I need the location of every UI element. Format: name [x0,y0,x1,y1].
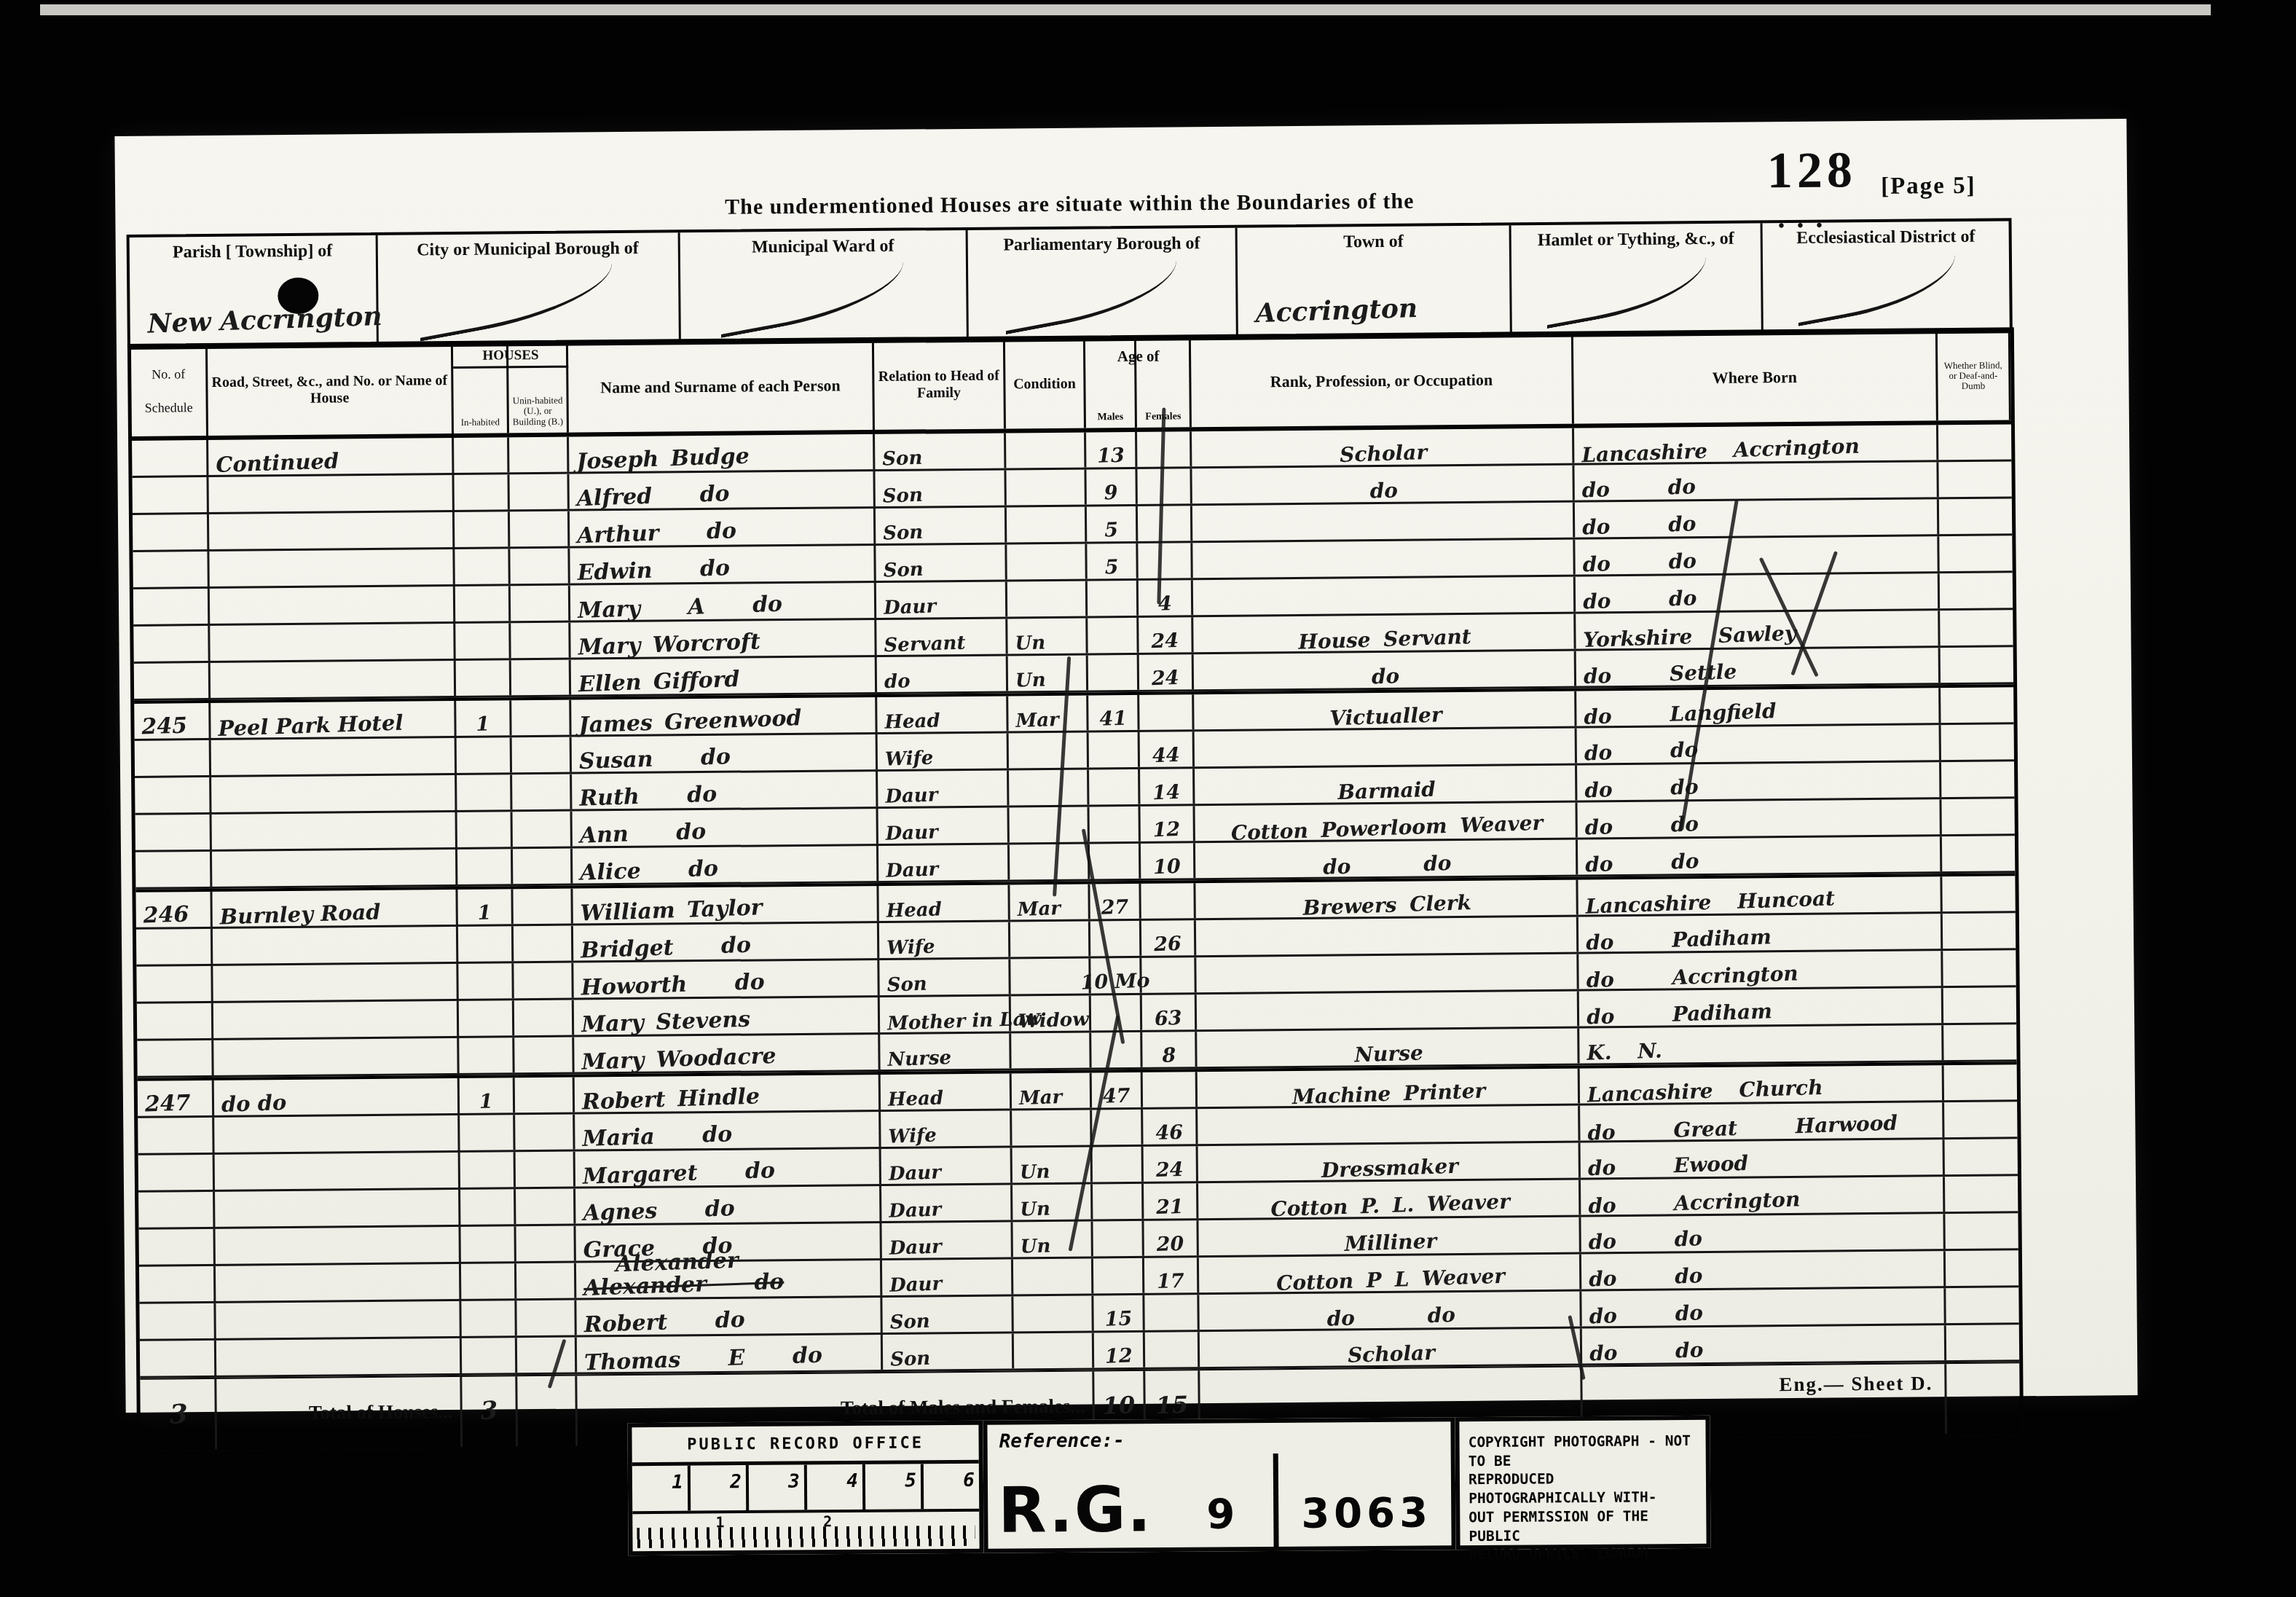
cell-uninhabited [516,1226,575,1262]
cell-relation: Head [877,696,1008,732]
cell-road [209,549,455,586]
column-header-row: No. of Schedule Road, Street, &c., and N… [131,331,2011,441]
cell-occupation: Cotton P. L. Weaver [1198,1180,1581,1219]
cell-inhabited [458,926,514,962]
cell-condition: Mar [1010,884,1090,919]
cell-name: Alice do [573,846,878,884]
cell-inhabited [455,623,511,659]
cell-relation: Son [883,1333,1014,1370]
cell-occupation: Scholar [1200,1329,1582,1368]
cell-occupation: do [1192,466,1574,504]
location-field-7: Ecclesiastical District of [1763,221,2010,332]
cell-relation: Daur [881,1185,1013,1221]
cell-inhabited [458,963,514,999]
cell-born: do Great Harwood [1580,1102,1944,1140]
cell-infirmity [1945,1176,2018,1212]
pro-reference-strip: PUBLIC RECORD OFFICE 123456 1 2 Referenc… [627,1416,1710,1555]
inch-ruler-segment: 1 [632,1466,691,1512]
cell-inhabited [457,737,512,773]
cell-occupation: do do [1195,840,1578,879]
cell-occupation [1196,917,1578,956]
cell-uninhabited [511,623,570,659]
census-sheet: The undermentioned Houses are situate wi… [114,119,2137,1413]
location-field-value: New Accrington [147,301,382,340]
name-correction-note: Alexander [615,1250,739,1276]
cell-uninhabited [514,1037,574,1073]
cell-born: Lancashire Huncoat [1578,876,1942,914]
cell-uninhabited [513,889,573,925]
cell-condition: Mar [1012,1072,1092,1108]
cell-infirmity [1945,1139,2018,1174]
cell-inhabited: 1 [457,889,513,925]
location-field-label: Parish [ Township] of [130,241,376,264]
cell-inhabited [454,474,509,510]
col-schedule: No. of Schedule [131,347,208,436]
cell-age_m [1088,581,1139,616]
cell-road [209,512,455,549]
cell-inhabited [460,1152,516,1188]
cell-schedule: 246 [135,892,212,927]
cell-uninhabited [515,1078,575,1113]
cell-name: Edwin do [570,546,876,584]
cell-age_m [1089,732,1140,768]
cell-infirmity [1946,1250,2018,1286]
cell-relation: Daur [878,807,1010,844]
cell-road [216,1338,462,1376]
cell-relation: Daur [881,1147,1013,1184]
cell-born: do do [1575,536,1939,574]
cell-name: Mary Stevens [574,997,880,1035]
cell-infirmity [1946,1287,2018,1323]
cell-condition: Un [1008,655,1088,691]
cell-age_f: 63 [1142,994,1197,1030]
cell-name: Arthur do [570,509,876,546]
cell-schedule [138,1118,214,1153]
cell-born: do Padiham [1579,988,1943,1026]
col-born: Where Born [1573,331,1938,423]
cell-age_m [1090,844,1141,879]
cell-uninhabited [516,1263,576,1299]
cell-schedule [137,1003,213,1039]
location-field-4: Parliamentary Borough of [968,228,1239,340]
cell-occupation: Victualler [1194,691,1576,730]
cell-schedule: 247 [138,1080,214,1116]
reference-series: R.G. [998,1473,1152,1547]
cell-age_m [1089,769,1140,805]
cell-infirmity [1941,724,2014,760]
reference-label: Reference:- [999,1429,1124,1452]
cell-infirmity [1943,913,2016,949]
location-field-label: City or Municipal Borough of [377,238,677,261]
cell-inhabited [456,660,511,696]
cell-infirmity [1942,836,2015,871]
cell-occupation: do [1194,651,1576,690]
cell-age_f [1139,694,1194,730]
cell-name: Ann do [573,809,878,847]
cell-inhabited [460,1115,515,1150]
cell-age_f [1138,543,1192,578]
cell-relation: Son [882,1296,1013,1333]
cell-inhabited [459,1000,514,1036]
location-field-label: Hamlet or Tything, &c., of [1511,229,1761,251]
cell-occupation: Dressmaker [1198,1143,1581,1182]
cell-name: James Greenwood [571,697,877,735]
cell-infirmity [1944,1064,2017,1100]
cell-age_f: 46 [1143,1109,1198,1145]
cell-age_f: 12 [1140,806,1195,841]
location-field-5: Town ofAccrington [1238,225,1512,337]
folio-number-stamp: 128 [1767,141,1857,200]
cell-road [213,964,458,1001]
cell-road [216,1227,461,1264]
cell-born: do Accrington [1578,951,1943,989]
col-houses-group: HOUSES [453,348,568,369]
cell-occupation: Milliner [1198,1217,1581,1256]
inch-ruler-number: 3 [788,1471,800,1493]
cell-schedule: 245 [134,703,211,739]
cell-infirmity [1944,1102,2017,1137]
cell-road [212,849,457,887]
cell-inhabited [457,774,512,810]
cell-schedule [135,815,212,850]
col-occupation: Rank, Profession, or Occupation [1191,335,1574,428]
cell-inhabited [461,1300,516,1336]
cell-inhabited [460,1226,516,1262]
cell-inhabited [460,1189,516,1225]
cell-relation: Servant [876,619,1007,655]
cell-occupation: Scholar [1192,428,1574,467]
totals-houses-value: 3 [462,1376,518,1447]
cell-road [215,1153,460,1190]
cell-age_f: 24 [1139,617,1193,653]
cell-age_m [1093,1147,1144,1182]
cell-relation: Daur [878,770,1009,807]
cell-name: Joseph Budge [569,434,875,472]
cell-relation: Son [876,544,1007,581]
cell-infirmity [1939,535,2012,571]
cell-infirmity [1938,461,2011,497]
cell-born: do Accrington [1581,1177,1945,1215]
cell-condition [1009,769,1089,805]
cell-born: K. N. [1579,1025,1943,1063]
cell-infirmity [1938,424,2011,460]
cell-road [212,812,457,849]
cell-uninhabited [511,660,571,696]
inch-ruler-segment: 6 [924,1464,979,1510]
cell-condition [1014,1333,1094,1368]
cell-born: do do [1582,1325,1946,1363]
cell-age_f: 26 [1141,920,1196,956]
cell-age_m [1090,921,1141,957]
cell-age_f [1137,468,1192,504]
page-label: [Page 5] [1881,173,1976,200]
cell-uninhabited [510,549,570,584]
cell-road [213,1038,459,1075]
cell-uninhabited [516,1189,575,1225]
cell-age_m: 10 Mo [1090,958,1141,994]
cell-schedule [139,1303,216,1339]
cell-schedule [135,777,211,813]
cell-age_f: 21 [1144,1183,1198,1219]
hole-punch-mark [278,278,318,314]
cell-age_m [1091,1032,1142,1068]
cell-age_f [1145,1332,1200,1368]
inch-ruler-segment: 4 [807,1464,865,1510]
cell-condition: Un [1013,1221,1093,1257]
cell-schedule [140,1341,216,1376]
cell-relation: Wife [878,733,1009,769]
cell-born: do Padiham [1578,914,1943,951]
cell-road [216,1301,461,1338]
cell-road [210,586,455,624]
copyright-line: OUT PERMISSION OF THE PUBLIC [1469,1507,1697,1546]
cell-name: Robert Hindle [575,1075,881,1113]
cell-infirmity [1945,1213,2018,1249]
cell-road: Peel Park Hotel [211,701,456,738]
location-field-label: Ecclesiastical District of [1763,227,2009,249]
cell-condition [1011,1032,1091,1068]
cell-infirmity [1941,761,2014,797]
cell-age_f: 20 [1144,1220,1198,1256]
copyright-line: REPRODUCED PHOTOGRAPHICALLY WITH- [1469,1469,1697,1508]
cell-age_f [1141,957,1196,993]
cell-name: Mary Woodacre [574,1035,880,1072]
cell-age_f: 10 [1141,843,1195,879]
cell-name: Robert do [576,1298,882,1335]
cell-infirmity [1943,950,2016,986]
location-field-1: Parish [ Township] ofNew Accrington [130,235,379,347]
cell-road [216,1264,461,1301]
cell-age_f [1141,883,1195,919]
cell-road [213,927,458,964]
inch-ruler-segment: 3 [749,1464,807,1510]
cell-inhabited [457,812,513,847]
cell-name: Ellen Gifford [571,657,877,695]
cell-age_f: 44 [1140,731,1195,767]
cell-road: Burnley Road [212,890,457,927]
cell-condition: Mar [1008,695,1088,731]
cell-schedule [133,626,210,662]
inch-ruler: 123456 [632,1464,979,1514]
cell-age_m [1088,618,1139,654]
cell-relation: Wife [879,922,1010,958]
cell-infirmity [1943,1024,2016,1060]
cm-ruler-ticks [637,1526,975,1548]
cell-condition [1006,432,1086,468]
cell-schedule [133,552,209,587]
col-infirmity: Whether Blind, or Deaf-and-Dumb [1938,331,2011,420]
cell-born: Lancashire Church [1580,1065,1944,1103]
cell-occupation [1193,577,1576,616]
cell-road [211,661,456,698]
cell-schedule [136,929,213,965]
totals-schedule-mark: 3 [140,1379,217,1450]
cell-schedule [133,589,210,624]
cell-occupation: House Servant [1193,614,1576,653]
inch-ruler-number: 5 [905,1470,916,1491]
reference-piece: 9 [1206,1491,1235,1538]
cell-schedule [137,1040,213,1076]
cell-inhabited: 1 [460,1078,515,1113]
cell-relation: Daur [881,1222,1013,1258]
cell-name: Thomas E do [577,1335,883,1373]
location-field-label: Town of [1238,231,1509,254]
totals-houses-label: Total of Houses... [216,1377,463,1449]
cell-infirmity [1941,798,2014,834]
cell-uninhabited [515,1115,575,1150]
cell-age_m [1093,1184,1144,1220]
cell-inhabited: 1 [456,700,511,736]
cell-uninhabited [511,700,571,736]
cell-uninhabited [511,586,570,621]
cell-road: Continued [208,438,454,475]
col-road: Road, Street, &c., and No. or Name of Ho… [208,345,454,436]
cell-age_m: 12 [1094,1333,1145,1368]
cell-age_m [1089,807,1140,842]
inch-ruler-number: 6 [963,1470,975,1491]
cell-occupation: Machine Printer [1198,1069,1580,1107]
cell-schedule [138,1192,215,1228]
cell-born: do do [1581,1214,1945,1252]
cell-age_f [1144,1295,1199,1330]
cell-occupation [1192,503,1575,541]
cell-uninhabited [517,1338,577,1373]
inch-ruler-segment: 5 [865,1464,924,1510]
col-name: Name and Surname of each Person [568,341,875,433]
cell-age_f: 24 [1139,654,1194,690]
cell-age_f [1143,1072,1198,1107]
cell-schedule [135,852,212,887]
cell-uninhabited [512,737,572,773]
cell-age_m: 5 [1087,544,1138,579]
cell-occupation [1195,729,1577,767]
cell-age_m [1093,1258,1144,1294]
pro-copyright-box: COPYRIGHT PHOTOGRAPH - NOT TO BE REPRODU… [1455,1416,1710,1550]
cell-relation: Mother in Law [880,996,1011,1032]
cell-infirmity [1946,1325,2019,1360]
cell-age_f: 17 [1144,1257,1199,1293]
cell-relation: Head [881,1073,1012,1110]
cell-born: do do [1575,499,1939,537]
cell-condition [1009,807,1089,842]
cell-name: Mary A do [570,583,876,621]
reference-item: 3063 [1301,1489,1432,1537]
cell-relation: Son [875,470,1006,506]
cell-inhabited [455,511,510,547]
cell-relation: do [877,656,1008,692]
cell-schedule [135,740,211,776]
cell-uninhabited [516,1300,576,1336]
cell-name: Margaret do [575,1149,881,1187]
cell-age_f: 14 [1140,769,1195,804]
cell-born: do Ewood [1581,1139,1945,1177]
cell-relation: Daur [882,1259,1013,1295]
cell-inhabited [461,1263,516,1299]
cell-born: do do [1577,762,1941,800]
pen-slash-mark [1798,237,1955,326]
cell-occupation: Barmaid [1195,766,1577,804]
cell-condition [1013,1258,1093,1294]
cell-condition [1010,844,1090,879]
pro-office-title: PUBLIC RECORD OFFICE [632,1425,978,1466]
location-field-label: Municipal Ward of [680,236,965,259]
inch-ruler-number: 1 [672,1472,683,1494]
cell-age_m: 5 [1087,506,1138,542]
cell-occupation: Cotton Powerloom Weaver [1195,803,1577,841]
census-table: No. of Schedule Road, Street, &c., and N… [127,327,2024,1453]
cell-name: Alexander doAlexander [576,1260,882,1298]
cell-born: do do [1574,462,1938,500]
cell-infirmity [1940,573,2013,608]
cell-condition [1010,958,1090,994]
film-edge-strip [40,4,2211,15]
cell-born: do do [1578,836,1942,874]
cell-relation: Head [878,884,1010,921]
cell-name: Howorth do [573,960,879,998]
cell-occupation: Cotton P L Weaver [1199,1255,1581,1293]
cell-road [214,1115,460,1153]
cell-schedule [139,1266,216,1302]
location-field-6: Hamlet or Tything, &c., of [1511,223,1764,334]
cell-infirmity [1942,876,2015,911]
cell-condition: Un [1013,1147,1093,1182]
cell-inhabited [462,1338,517,1373]
cell-condition [1007,581,1088,616]
cell-name: Susan do [572,734,878,772]
cell-age_f: 24 [1144,1146,1198,1182]
cell-age_m [1092,1110,1143,1145]
cell-born: Yorkshire Sawley [1576,611,1940,648]
cell-condition [1006,469,1086,505]
cell-relation: Son [879,959,1010,995]
cell-condition [1007,544,1087,579]
inch-ruler-number: 2 [730,1471,742,1493]
cell-age_f: 4 [1139,580,1193,616]
page-heading: The undermentioned Houses are situate wi… [457,187,1681,222]
location-field-label: Parliamentary Borough of [968,234,1236,256]
location-field-2: City or Municipal Borough of [377,232,680,345]
cell-occupation [1196,954,1578,993]
col-relation: Relation to Head of Family [874,340,1006,430]
cell-name: Mary Worcroft [570,620,876,658]
entry-rows: ContinuedJoseph BudgeSon13ScholarLancash… [132,424,2019,1378]
cell-occupation [1192,540,1575,578]
cell-uninhabited [514,926,573,962]
inch-ruler-number: 4 [846,1470,858,1492]
pen-slash-mark [1546,239,1707,329]
cell-uninhabited [510,511,570,547]
totals-blank [1946,1363,2020,1434]
pro-reference-box: Reference:- R.G. 9 3063 [983,1417,1455,1553]
cell-condition [1012,1110,1092,1145]
cell-infirmity [1939,498,2012,534]
cell-name: Ruth do [572,772,878,809]
census-photograph: The undermentioned Houses are situate wi… [0,0,2296,1597]
cell-age_f: 8 [1142,1032,1197,1067]
copyright-line: COPYRIGHT PHOTOGRAPH - NOT TO BE [1469,1432,1697,1471]
cell-age_m [1093,1221,1144,1257]
cell-occupation [1198,1106,1580,1145]
cell-uninhabited [514,963,573,999]
pro-office-box: PUBLIC RECORD OFFICE 123456 1 2 [627,1421,983,1555]
cell-name: Agnes do [575,1186,881,1224]
reference-divider [1273,1453,1279,1547]
cell-schedule [138,1155,215,1190]
cell-inhabited [455,549,510,584]
cell-born: do do [1576,573,1940,611]
cell-inhabited [457,849,513,884]
cell-road [215,1190,460,1227]
